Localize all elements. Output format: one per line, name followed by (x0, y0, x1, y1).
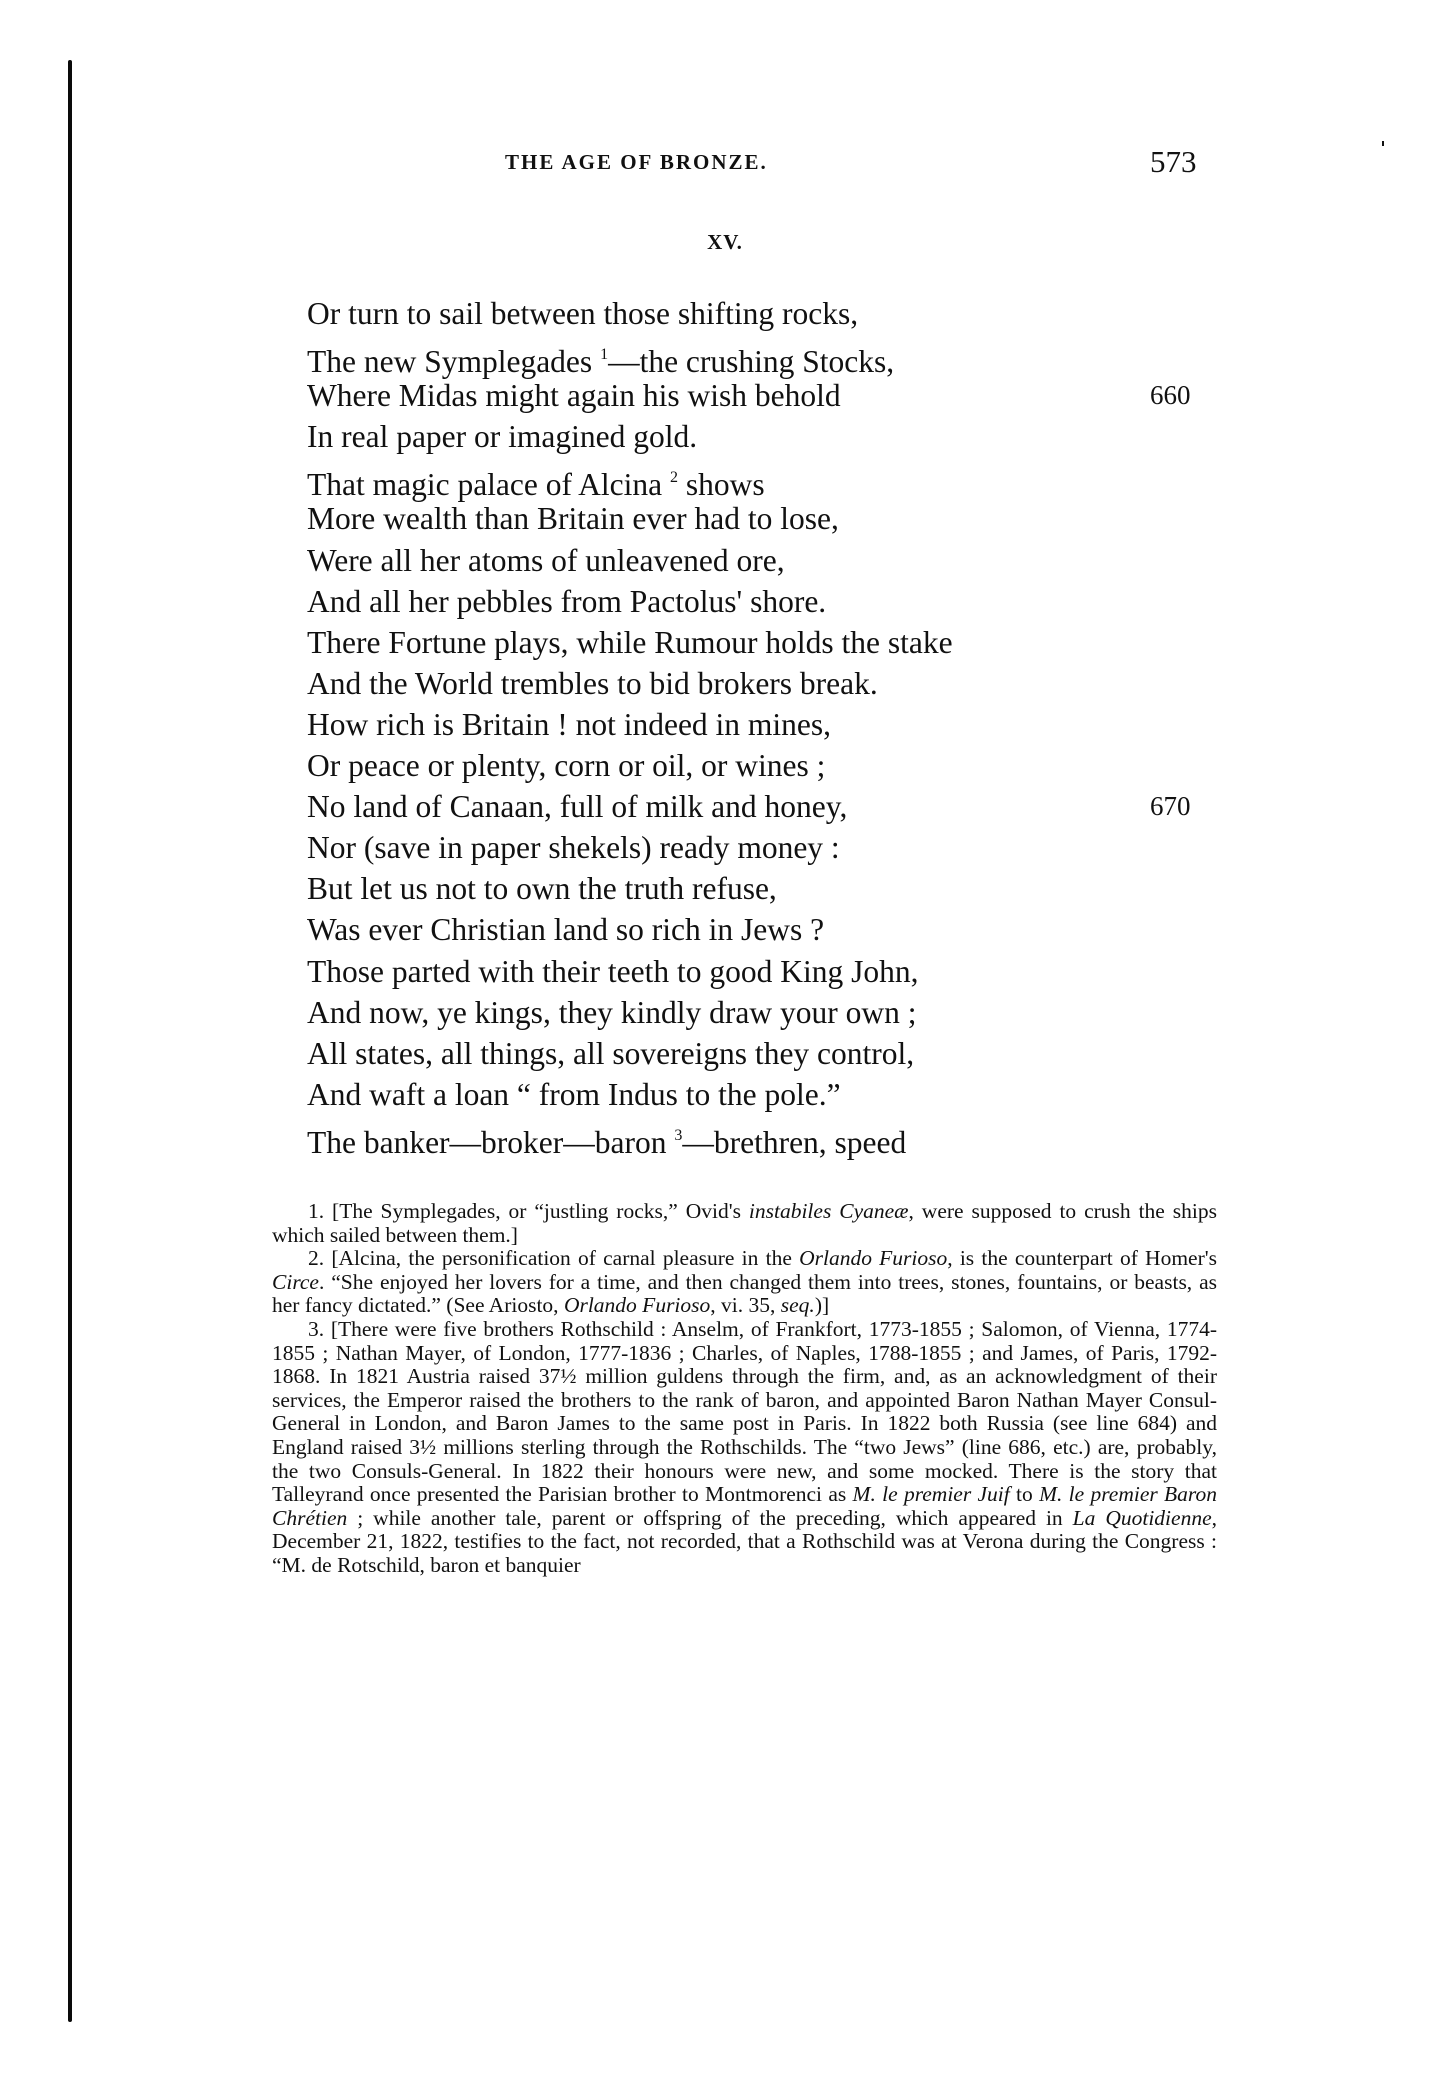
verse-line: The banker—broker—baron 3—brethren, spee… (307, 1115, 1237, 1156)
verse-text-segment: How rich is Britain ! not indeed in mine… (307, 707, 831, 742)
footnote-italic-text: M. le premier Juif (853, 1482, 1010, 1506)
footnote-text: ; while another tale, parent or offsprin… (347, 1506, 1072, 1530)
verse-line: Nor (save in paper shekels) ready money … (307, 827, 1237, 868)
footnote-italic-text: Circe (272, 1270, 319, 1294)
page-number: 573 (1150, 144, 1197, 180)
verse-text: Where Midas might again his wish behold (307, 378, 841, 413)
verse-text-segment: Where Midas might again his wish behold (307, 378, 841, 413)
running-head: THE AGE OF BRONZE. 573 (0, 150, 1438, 190)
verse-text-segment: shows (678, 467, 765, 502)
verse-text: The banker—broker—baron 3—brethren, spee… (307, 1125, 906, 1160)
footnote-1: 1. [The Symplegades, or “justling rocks,… (272, 1200, 1217, 1247)
verse-text-segment: The banker—broker—baron (307, 1125, 674, 1160)
verse-line: There Fortune plays, while Rumour holds … (307, 622, 1237, 663)
verse-text-segment: That magic palace of Alcina (307, 467, 670, 502)
verse-line: That magic palace of Alcina 2 shows (307, 457, 1237, 498)
footnote-text: 2. [Alcina, the personification of carna… (308, 1246, 799, 1270)
footnotes: 1. [The Symplegades, or “justling rocks,… (272, 1200, 1217, 1578)
verse-text: Or turn to sail between those shifting r… (307, 296, 858, 331)
running-title: THE AGE OF BRONZE. (505, 150, 768, 175)
section-number: XV. (0, 230, 1438, 255)
verse-text-segment: And now, ye kings, they kindly draw your… (307, 995, 917, 1030)
verse-line: The new Symplegades 1—the crushing Stock… (307, 334, 1237, 375)
footnote-text: , vi. 35, (710, 1293, 780, 1317)
verse-line: And the World trembles to bid brokers br… (307, 663, 1237, 704)
verse-line: And waft a loan “ from Indus to the pole… (307, 1074, 1237, 1115)
line-number: 660 (1150, 375, 1191, 416)
verse-text-segment: More wealth than Britain ever had to los… (307, 501, 839, 536)
poem-body: Or turn to sail between those shifting r… (307, 293, 1237, 1156)
verse-text: And all her pebbles from Pactolus' shore… (307, 584, 826, 619)
verse-text: The new Symplegades 1—the crushing Stock… (307, 344, 894, 379)
verse-text-segment: —brethren, speed (682, 1125, 906, 1160)
verse-text: Those parted with their teeth to good Ki… (307, 954, 919, 989)
footnote-text: )] (815, 1293, 829, 1317)
verse-line: Or peace or plenty, corn or oil, or wine… (307, 745, 1237, 786)
verse-line: More wealth than Britain ever had to los… (307, 498, 1237, 539)
verse-line: Was ever Christian land so rich in Jews … (307, 909, 1237, 950)
footnote-text: to (1010, 1482, 1039, 1506)
footnote-italic-text: instabiles Cyaneæ (749, 1199, 909, 1223)
verse-line: Or turn to sail between those shifting r… (307, 293, 1237, 334)
footnote-3: 3. [There were five brothers Rothschild … (272, 1318, 1217, 1578)
verse-text-segment: No land of Canaan, full of milk and hone… (307, 789, 847, 824)
verse-text-segment: —the crushing Stocks, (608, 344, 894, 379)
footnote-italic-text: Orlando Furioso (799, 1246, 947, 1270)
verse-line: Those parted with their teeth to good Ki… (307, 951, 1237, 992)
verse-text: But let us not to own the truth refuse, (307, 871, 777, 906)
verse-text: More wealth than Britain ever had to los… (307, 501, 839, 536)
footnote-text: 1. [The Symplegades, or “justling rocks,… (308, 1199, 749, 1223)
footnote-italic-text: Orlando Furioso (564, 1293, 710, 1317)
footnote-italic-text: La Quotidienne (1073, 1506, 1212, 1530)
verse-text: Was ever Christian land so rich in Jews … (307, 912, 824, 947)
verse-line: No land of Canaan, full of milk and hone… (307, 786, 1237, 827)
verse-text-segment: Or turn to sail between those shifting r… (307, 296, 858, 331)
verse-text: Or peace or plenty, corn or oil, or wine… (307, 748, 825, 783)
verse-text: In real paper or imagined gold. (307, 419, 697, 454)
verse-line: Where Midas might again his wish behold6… (307, 375, 1237, 416)
verse-text: All states, all things, all sovereigns t… (307, 1036, 914, 1071)
verse-text-segment: But let us not to own the truth refuse, (307, 871, 777, 906)
verse-line: How rich is Britain ! not indeed in mine… (307, 704, 1237, 745)
verse-text: And the World trembles to bid brokers br… (307, 666, 878, 701)
verse-text: Nor (save in paper shekels) ready money … (307, 830, 840, 865)
verse-text: That magic palace of Alcina 2 shows (307, 467, 765, 502)
footnote-text: , is the counterpart of Homer's (947, 1246, 1217, 1270)
verse-text: How rich is Britain ! not indeed in mine… (307, 707, 831, 742)
verse-line: Were all her atoms of unleavened ore, (307, 540, 1237, 581)
verse-line: But let us not to own the truth refuse, (307, 868, 1237, 909)
verse-text: Were all her atoms of unleavened ore, (307, 543, 785, 578)
verse-text: There Fortune plays, while Rumour holds … (307, 625, 953, 660)
verse-text-segment: Nor (save in paper shekels) ready money … (307, 830, 840, 865)
verse-text-segment: And waft a loan “ from Indus to the pole… (307, 1077, 841, 1112)
verse-line: All states, all things, all sovereigns t… (307, 1033, 1237, 1074)
verse-text-segment: Were all her atoms of unleavened ore, (307, 543, 785, 578)
verse-text-segment: All states, all things, all sovereigns t… (307, 1036, 914, 1071)
verse-text-segment: Those parted with their teeth to good Ki… (307, 954, 919, 989)
verse-text-segment: Was ever Christian land so rich in Jews … (307, 912, 824, 947)
verse-text-segment: There Fortune plays, while Rumour holds … (307, 625, 953, 660)
verse-text-segment: And the World trembles to bid brokers br… (307, 666, 878, 701)
verse-text-segment: Or peace or plenty, corn or oil, or wine… (307, 748, 825, 783)
verse-text: And now, ye kings, they kindly draw your… (307, 995, 917, 1030)
footnote-text: 3. [There were five brothers Rothschild … (272, 1317, 1217, 1506)
scan-speck (1382, 141, 1384, 146)
line-number: 670 (1150, 786, 1191, 827)
footnote-italic-text: seq. (781, 1293, 815, 1317)
verse-text-segment: The new Symplegades (307, 344, 600, 379)
footnote-reference[interactable]: 2 (670, 469, 678, 486)
verse-line: And now, ye kings, they kindly draw your… (307, 992, 1237, 1033)
verse-text: No land of Canaan, full of milk and hone… (307, 789, 847, 824)
verse-line: And all her pebbles from Pactolus' shore… (307, 581, 1237, 622)
verse-text: And waft a loan “ from Indus to the pole… (307, 1077, 841, 1112)
verse-text-segment: In real paper or imagined gold. (307, 419, 697, 454)
footnote-reference[interactable]: 1 (600, 346, 608, 363)
footnote-2: 2. [Alcina, the personification of carna… (272, 1247, 1217, 1318)
verse-line: In real paper or imagined gold. (307, 416, 1237, 457)
verse-text-segment: And all her pebbles from Pactolus' shore… (307, 584, 826, 619)
scan-binding-edge (68, 60, 72, 2022)
